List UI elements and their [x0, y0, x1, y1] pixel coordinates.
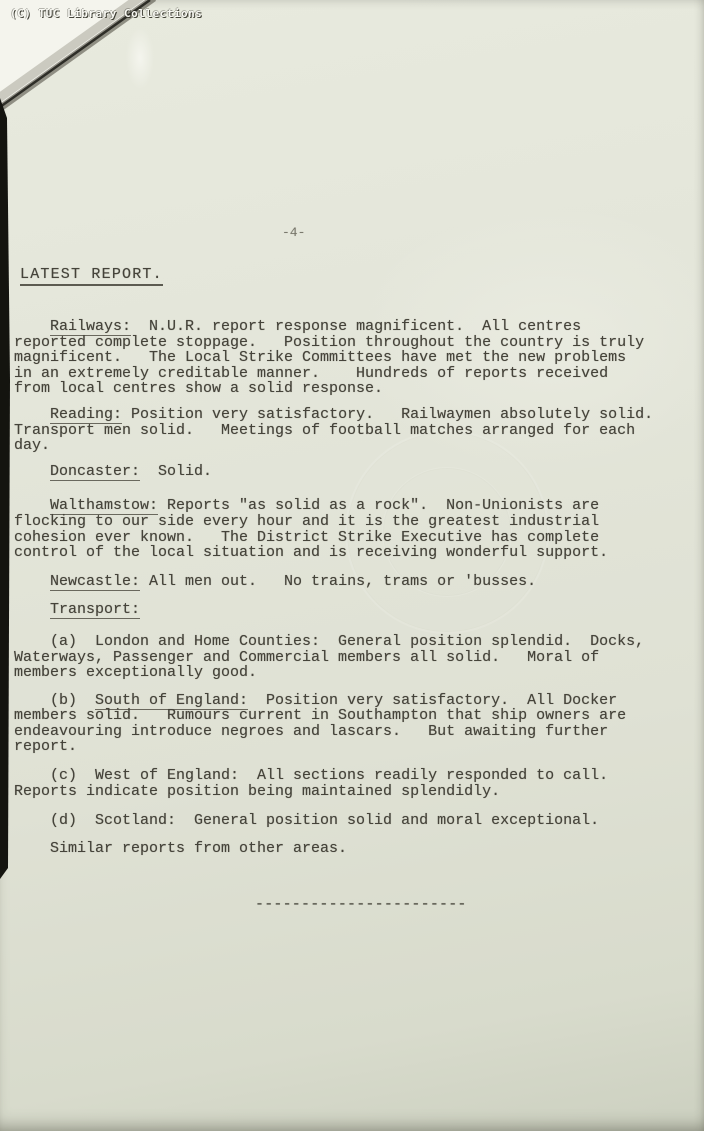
paragraph: (a) London and Home Counties: General po… — [14, 634, 682, 681]
library-copyright-watermark: (C) TUC Library Collections — [10, 7, 202, 20]
text-line: (d) Scotland: General position solid and… — [14, 813, 682, 829]
text-line: Doncaster: Solid. — [14, 464, 682, 480]
text-line: Similar reports from other areas. — [14, 841, 682, 857]
text-line: members exceptionally good. — [14, 665, 682, 681]
text-line: day. — [14, 438, 682, 454]
paragraph: Railways: N.U.R. report response magnifi… — [14, 319, 682, 397]
page-number: -4- — [282, 225, 305, 240]
paragraph: Walthamstow: Reports "as solid as a rock… — [14, 498, 682, 560]
text-line: in an extremely creditable manner. Hundr… — [14, 366, 682, 382]
text-line: (c) West of England: All sections readil… — [14, 768, 682, 784]
text-line: Waterways, Passenger and Commercial memb… — [14, 650, 682, 666]
scanned-document-page: (C) TUC Library Collections -4- LATEST R… — [0, 0, 704, 1131]
text-line: Reports indicate position being maintain… — [14, 784, 682, 800]
text-line: Walthamstow: Reports "as solid as a rock… — [14, 498, 682, 514]
report-paragraphs: Railways: N.U.R. report response magnifi… — [14, 319, 682, 856]
text-line: cohesion ever known. The District Strike… — [14, 530, 682, 546]
text-line: Transport men solid. Meetings of footbal… — [14, 423, 682, 439]
underlined-lead-in: Doncaster: — [50, 463, 140, 481]
text-line: endeavouring introduce negroes and lasca… — [14, 724, 682, 740]
paragraph: Transport: — [14, 602, 682, 618]
paragraph: (c) West of England: All sections readil… — [14, 768, 682, 799]
underlined-lead-in: Newcastle: — [50, 573, 140, 591]
text-line: report. — [14, 739, 682, 755]
text-line: Reading: Position very satisfactory. Rai… — [14, 407, 682, 423]
paragraph: Similar reports from other areas. — [14, 841, 682, 857]
text-line: Transport: — [14, 602, 682, 618]
text-line: control of the local situation and is re… — [14, 545, 682, 561]
typewritten-document-body: LATEST REPORT. Railways: N.U.R. report r… — [14, 265, 682, 913]
text-line: (a) London and Home Counties: General po… — [14, 634, 682, 650]
underlined-lead-in: Transport: — [50, 601, 140, 619]
text-line: (b) South of England: Position very sati… — [14, 693, 682, 709]
paragraph: Newcastle: All men out. No trains, trams… — [14, 574, 682, 590]
text-line: Newcastle: All men out. No trains, trams… — [14, 574, 682, 590]
end-separator-dashes: ----------------------- — [255, 897, 682, 913]
text-line: flocking to our side every hour and it i… — [14, 514, 682, 530]
paragraph: Doncaster: Solid. — [14, 464, 682, 480]
paragraph: (b) South of England: Position very sati… — [14, 693, 682, 755]
report-title: LATEST REPORT. — [20, 266, 163, 286]
text-line: members solid. Rumours current in Southa… — [14, 708, 682, 724]
paragraph: (d) Scotland: General position solid and… — [14, 813, 682, 829]
paragraph: Reading: Position very satisfactory. Rai… — [14, 407, 682, 454]
text-line: Railways: N.U.R. report response magnifi… — [14, 319, 682, 335]
text-line: reported complete stoppage. Position thr… — [14, 335, 682, 351]
text-line: magnificent. The Local Strike Committees… — [14, 350, 682, 366]
text-line: from local centres show a solid response… — [14, 381, 682, 397]
